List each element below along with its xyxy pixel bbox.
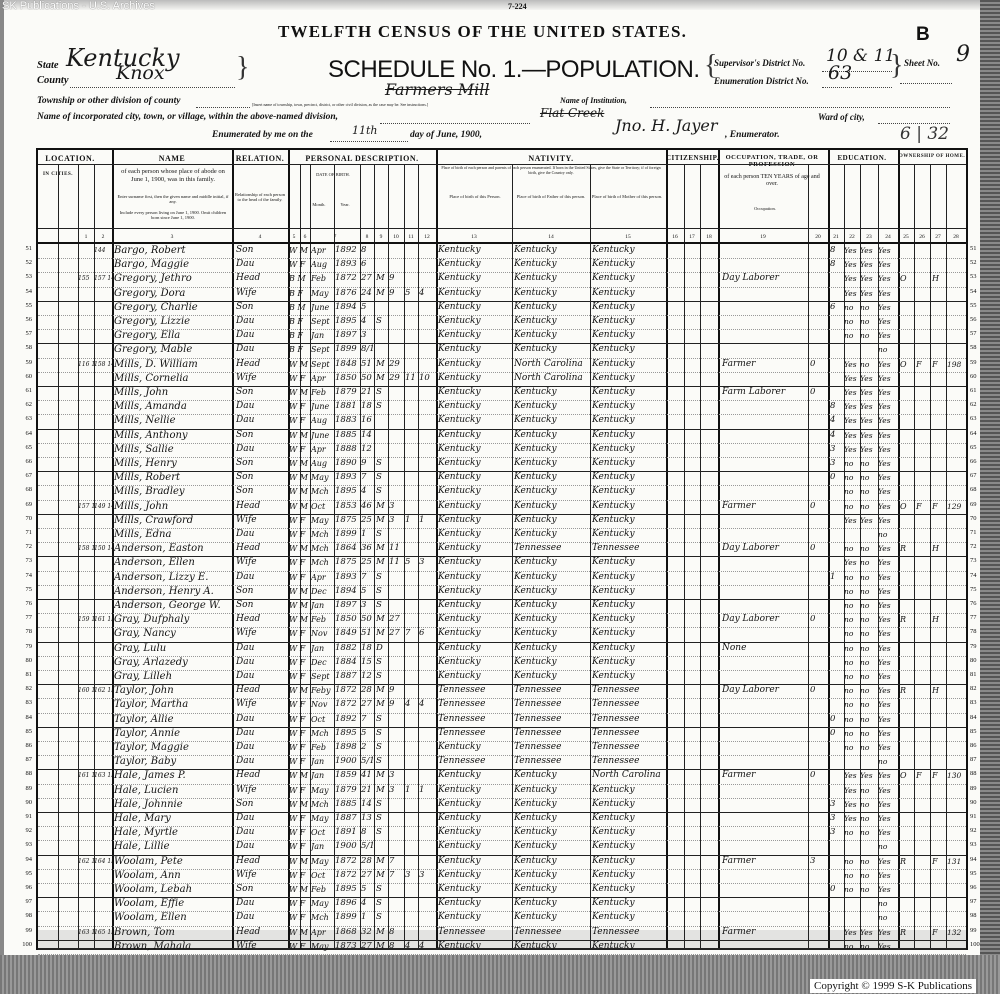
cell-marital: S: [376, 727, 388, 740]
line-number-left: 97: [18, 898, 32, 905]
cell-english: Yes: [878, 414, 898, 427]
cell-school: 3: [830, 798, 844, 811]
line-number-right: 64: [970, 430, 984, 437]
table-row: Taylor, AnnieDauW FMch18955STennesseeTen…: [38, 727, 966, 741]
cell-english: Yes: [878, 500, 898, 513]
cell-age: 5: [361, 727, 375, 740]
cell-mother: Kentucky: [592, 613, 668, 626]
cell-relation: Head: [236, 769, 288, 782]
cell-schedule: 130: [947, 769, 967, 782]
cell-year: 1850: [335, 372, 361, 385]
line-number-left: 78: [18, 628, 32, 635]
cell-living: 3: [419, 869, 435, 882]
cell-age: 27: [361, 698, 375, 711]
cell-write: no: [860, 315, 878, 328]
cell-relation: Wife: [236, 372, 288, 385]
cell-write: no: [860, 471, 878, 484]
cell-mother: Kentucky: [592, 485, 668, 498]
cell-month: Sept: [311, 343, 335, 356]
cell-english: Yes: [878, 599, 898, 612]
cell-marital: M: [376, 272, 388, 285]
cell-birth: Tennessee: [438, 926, 514, 939]
nativity-description: Place of birth of each person and parent…: [438, 166, 664, 176]
cell-relation: Dau: [236, 400, 288, 413]
cell-write: no: [860, 457, 878, 470]
cell-color-sex: W F: [289, 642, 311, 655]
cell-age: 5: [361, 883, 375, 896]
cell-marital: S: [376, 585, 388, 598]
cell-month: Mch: [311, 485, 335, 498]
cell-read: Yes: [844, 812, 860, 825]
cell-mother: Kentucky: [592, 599, 668, 612]
cell-read: no: [844, 883, 860, 896]
census-title: TWELFTH CENSUS OF THE UNITED STATES.: [278, 22, 687, 42]
cell-years-married: 11: [389, 542, 404, 555]
cell-color-sex: W M: [289, 855, 311, 868]
cell-age: 41: [361, 769, 375, 782]
line-number-left: 87: [18, 756, 32, 763]
cell-age: 28: [361, 684, 375, 697]
cell-mother-of: 4: [405, 698, 418, 711]
cell-english: Yes: [878, 585, 898, 598]
cell-father: Kentucky: [514, 769, 592, 782]
cell-month: Oct: [311, 713, 335, 726]
cell-color-sex: W F: [289, 656, 311, 669]
line-number-right: 66: [970, 458, 984, 465]
cell-father: Kentucky: [514, 343, 592, 356]
cell-relation: Wife: [236, 514, 288, 527]
cell-name: Mills, Cornelia: [114, 372, 232, 385]
cell-color-sex: W F: [289, 414, 311, 427]
enumerated-day-line: [330, 140, 408, 142]
section-ownership: OWNERSHIP OF HOME.: [898, 154, 966, 159]
cell-english: Yes: [878, 429, 898, 442]
cell-occupation: Farmer: [722, 358, 808, 371]
cell-english: Yes: [878, 713, 898, 726]
cell-month: Feb: [311, 883, 335, 896]
cell-age: 21: [361, 784, 375, 797]
cell-age: 51: [361, 627, 375, 640]
cell-color-sex: W F: [289, 400, 311, 413]
cell-birth: Kentucky: [438, 627, 514, 640]
cell-month: May: [311, 897, 335, 910]
occupation-column-label: Occupation.: [720, 206, 810, 211]
cell-color-sex: W M: [289, 926, 311, 939]
line-number-right: 89: [970, 785, 984, 792]
cell-relation: Wife: [236, 869, 288, 882]
table-row: 144Bargo, RobertSonW MApr18928KentuckyKe…: [38, 244, 966, 258]
cell-write: no: [860, 670, 878, 683]
cell-years-married: 9: [389, 684, 404, 697]
cell-english: no: [878, 911, 898, 924]
cell-marital: S: [376, 400, 388, 413]
table-row: 155157 147Gregory, JethroHeadB MFeb18722…: [38, 272, 966, 286]
cell-year: 1873: [335, 940, 361, 953]
census-page: SK Publications - U.S. Archives 7-224 TW…: [0, 0, 1000, 994]
cell-month: May: [311, 855, 335, 868]
cell-english: Yes: [878, 315, 898, 328]
line-number-left: 55: [18, 302, 32, 309]
cell-years-married: 29: [389, 372, 404, 385]
cell-write: no: [860, 826, 878, 839]
cell-mother: Kentucky: [592, 911, 668, 924]
cell-relation: Wife: [236, 287, 288, 300]
cell-name: Mills, Robert: [114, 471, 232, 484]
cell-marital: S: [376, 826, 388, 839]
cell-read: Yes: [844, 244, 860, 257]
cell-marital: M: [376, 542, 388, 555]
cell-age: 14: [361, 429, 375, 442]
cell-birth: Kentucky: [438, 500, 514, 513]
cell-farm: F: [932, 500, 946, 513]
line-number-right: 87: [970, 756, 984, 763]
cell-age: 25: [361, 514, 375, 527]
cell-year: 1885: [335, 429, 361, 442]
cell-father: Kentucky: [514, 556, 592, 569]
table-row: Woolam, AnnWifeW FOct187227M733KentuckyK…: [38, 869, 966, 883]
line-number-right: 63: [970, 415, 984, 422]
cell-write: no: [860, 556, 878, 569]
cell-month: May: [311, 784, 335, 797]
enumerated-prefix: Enumerated by me on the: [212, 130, 313, 140]
cell-mother: Tennessee: [592, 755, 668, 768]
cell-birth: Kentucky: [438, 386, 514, 399]
cell-year: 1872: [335, 684, 361, 697]
line-number-left: 63: [18, 415, 32, 422]
cell-color-sex: W M: [289, 386, 311, 399]
cell-birth: Tennessee: [438, 713, 514, 726]
cell-living: 4: [419, 698, 435, 711]
cell-father: Tennessee: [514, 741, 592, 754]
sheet-line: [900, 82, 952, 84]
cell-month: Aug: [311, 258, 335, 271]
cell-relation: Head: [236, 855, 288, 868]
line-number-left: 61: [18, 387, 32, 394]
line-number-left: 72: [18, 543, 32, 550]
cell-birth: Kentucky: [438, 528, 514, 541]
cell-months-unemployed: 0: [810, 542, 828, 555]
cell-read: no: [844, 542, 860, 555]
line-number-left: 98: [18, 912, 32, 919]
cell-read: no: [844, 741, 860, 754]
cell-write: Yes: [860, 514, 878, 527]
table-row: Woolam, EffieDauW FMay18964SKentuckyKent…: [38, 897, 966, 911]
cell-years-married: 3: [389, 784, 404, 797]
cell-months-unemployed: 0: [810, 386, 828, 399]
cell-write: no: [860, 542, 878, 555]
cell-relation: Dau: [236, 315, 288, 328]
cell-birth: Kentucky: [438, 869, 514, 882]
cell-living: 1: [419, 784, 435, 797]
line-number-left: 75: [18, 586, 32, 593]
cell-schedule: 132: [947, 926, 967, 939]
cell-write: no: [860, 642, 878, 655]
cell-father: Kentucky: [514, 457, 592, 470]
cell-birth: Kentucky: [438, 414, 514, 427]
cell-mother-of: 5: [405, 287, 418, 300]
line-number-left: 64: [18, 430, 32, 437]
cell-year: 1849: [335, 627, 361, 640]
cell-occupation: Day Laborer: [722, 272, 808, 285]
date-of-birth-label: DATE OF BIRTH.: [308, 172, 358, 177]
county-line: [70, 86, 235, 88]
cell-age: 16: [361, 414, 375, 427]
cell-read: Yes: [844, 429, 860, 442]
cell-year: 1895: [335, 485, 361, 498]
cell-year: 1893: [335, 258, 361, 271]
cell-family: 162 151: [94, 684, 112, 697]
cell-english: Yes: [878, 386, 898, 399]
cell-color-sex: B F: [289, 315, 311, 328]
table-row: Gregory, MableDauB FSept18998/12Kentucky…: [38, 343, 966, 357]
cell-relation: Son: [236, 798, 288, 811]
cell-years-married: 27: [389, 613, 404, 626]
cell-mother-of: 5: [405, 556, 418, 569]
cell-father: Tennessee: [514, 926, 592, 939]
cell-name: Brown, Mahala: [114, 940, 232, 953]
cell-marital: S: [376, 911, 388, 924]
cell-write: no: [860, 684, 878, 697]
cell-month: Sept: [311, 670, 335, 683]
cell-name: Mills, Nellie: [114, 414, 232, 427]
cell-schedule: 131: [947, 855, 967, 868]
line-number-left: 88: [18, 770, 32, 777]
cell-birth: Kentucky: [438, 769, 514, 782]
cell-age: 36: [361, 542, 375, 555]
table-row: Mills, CrawfordWifeW FMay187525M311Kentu…: [38, 514, 966, 528]
cell-relation: Wife: [236, 940, 288, 953]
cell-age: 28: [361, 855, 375, 868]
line-number-left: 66: [18, 458, 32, 465]
cell-color-sex: W F: [289, 784, 311, 797]
cell-birth: Kentucky: [438, 556, 514, 569]
cell-mother: Kentucky: [592, 329, 668, 342]
cell-year: 1887: [335, 670, 361, 683]
cell-year: 1893: [335, 571, 361, 584]
enumeration-label: Enumeration District No.: [714, 76, 809, 86]
cell-father: North Carolina: [514, 358, 592, 371]
birth-mother-label: Place of birth of Mother of this person.: [590, 194, 664, 199]
cell-relation: Son: [236, 599, 288, 612]
cell-month: Apr: [311, 372, 335, 385]
table-row: Hale, MaryDauW FMay188713SKentuckyKentuc…: [38, 812, 966, 826]
cell-write: Yes: [860, 443, 878, 456]
cell-year: 1893: [335, 471, 361, 484]
cell-year: 1897: [335, 599, 361, 612]
cell-name: Anderson, Easton: [114, 542, 232, 555]
cell-year: 1872: [335, 272, 361, 285]
cell-name: Gregory, Dora: [114, 287, 232, 300]
cell-marital: S: [376, 457, 388, 470]
section-citizenship: CITIZENSHIP.: [666, 154, 718, 162]
cell-write: Yes: [860, 414, 878, 427]
township-label: Township or other division of county: [37, 96, 181, 106]
line-number-right: 74: [970, 572, 984, 579]
cell-read: no: [844, 599, 860, 612]
cell-read: no: [844, 613, 860, 626]
cell-school: 0: [830, 883, 844, 896]
table-row: Anderson, EllenWifeW FMch187525M1153Kent…: [38, 556, 966, 570]
column-number: 11: [404, 234, 418, 240]
cell-english: Yes: [878, 258, 898, 271]
cell-mother: Kentucky: [592, 400, 668, 413]
cell-color-sex: W F: [289, 670, 311, 683]
cell-father: Kentucky: [514, 911, 592, 924]
cell-marital: S: [376, 713, 388, 726]
line-number-right: 71: [970, 529, 984, 536]
cell-name: Mills, Crawford: [114, 514, 232, 527]
cell-family: 161 150: [94, 613, 112, 626]
table-row: Mills, RobertSonW MMay18937SKentuckyKent…: [38, 471, 966, 485]
brace-left: }: [236, 52, 249, 84]
column-number: 2: [94, 234, 112, 240]
line-number-right: 82: [970, 685, 984, 692]
table-row: Hale, MyrtleDauW FOct18918SKentuckyKentu…: [38, 826, 966, 840]
city-label: Name of incorporated city, town, or vill…: [37, 112, 338, 122]
line-number-right: 59: [970, 359, 984, 366]
cell-english: Yes: [878, 358, 898, 371]
cell-color-sex: B F: [289, 287, 311, 300]
cell-school: 0: [830, 471, 844, 484]
cell-birth: Kentucky: [438, 826, 514, 839]
table-row: Hale, LillieDauW FJan19005/12KentuckyKen…: [38, 840, 966, 854]
cell-relation: Head: [236, 500, 288, 513]
cell-marital: S: [376, 741, 388, 754]
cell-english: Yes: [878, 272, 898, 285]
cell-year: 1864: [335, 542, 361, 555]
cell-living: 10: [419, 372, 435, 385]
cell-relation: Son: [236, 301, 288, 314]
cell-age: 7: [361, 471, 375, 484]
cell-dwelling: 158 147: [78, 542, 94, 555]
cell-marital: S: [376, 883, 388, 896]
cell-color-sex: B F: [289, 329, 311, 342]
cell-write: no: [860, 500, 878, 513]
cell-age: 32: [361, 926, 375, 939]
cell-dwelling: 116 145: [78, 358, 94, 371]
cell-school: 0: [830, 727, 844, 740]
cell-year: 1850: [335, 613, 361, 626]
column-number: 4: [232, 234, 288, 240]
cell-marital: M: [376, 287, 388, 300]
cell-dwelling: 155: [78, 272, 94, 285]
table-row: Anderson, Henry A.SonW MDec18945SKentuck…: [38, 585, 966, 599]
cell-farm: H: [932, 272, 946, 285]
cell-father: Kentucky: [514, 414, 592, 427]
cell-marital: S: [376, 897, 388, 910]
cell-mother: Kentucky: [592, 372, 668, 385]
cell-read: no: [844, 627, 860, 640]
cell-name: Anderson, George W.: [114, 599, 232, 612]
cell-family: 163 152: [94, 769, 112, 782]
table-row: Anderson, Lizzy E.DauW FApr18937SKentuck…: [38, 571, 966, 585]
cell-dwelling: 157 146: [78, 500, 94, 513]
cell-father: Kentucky: [514, 855, 592, 868]
cell-english: no: [878, 897, 898, 910]
cell-write: no: [860, 485, 878, 498]
cell-color-sex: W M: [289, 457, 311, 470]
cell-read: no: [844, 457, 860, 470]
line-number-right: 61: [970, 387, 984, 394]
cell-school: 3: [830, 826, 844, 839]
cell-english: Yes: [878, 443, 898, 456]
table-row: Gregory, DoraWifeB FMay187624M954Kentuck…: [38, 287, 966, 301]
cell-month: Apr: [311, 926, 335, 939]
enumerator-name: Jno. H. Jayer: [615, 116, 717, 135]
cell-marital: M: [376, 613, 388, 626]
table-row: Mills, EdnaDauW FMch18991SKentuckyKentuc…: [38, 528, 966, 542]
line-number-right: 73: [970, 557, 984, 564]
cell-birth: Tennessee: [438, 755, 514, 768]
cell-name: Gregory, Jethro: [114, 272, 232, 285]
cell-relation: Dau: [236, 414, 288, 427]
cell-relation: Son: [236, 883, 288, 896]
cell-marital: M: [376, 627, 388, 640]
cell-read: Yes: [844, 287, 860, 300]
cell-read: no: [844, 670, 860, 683]
cell-month: May: [311, 812, 335, 825]
cell-write: no: [860, 656, 878, 669]
cell-father: Kentucky: [514, 670, 592, 683]
cell-color-sex: W M: [289, 798, 311, 811]
line-number-right: 91: [970, 813, 984, 820]
cell-birth: Kentucky: [438, 571, 514, 584]
cell-relation: Head: [236, 926, 288, 939]
table-row: Taylor, MaggieDauW FFeb18982SKentuckyTen…: [38, 741, 966, 755]
cell-birth: Kentucky: [438, 514, 514, 527]
cell-month: Jan: [311, 599, 335, 612]
cell-month: Jan: [311, 840, 335, 853]
line-number-left: 58: [18, 344, 32, 351]
cell-name: Gregory, Charlie: [114, 301, 232, 314]
line-number-left: 80: [18, 657, 32, 664]
cell-relation: Head: [236, 684, 288, 697]
form-number: 7-224: [508, 2, 527, 11]
cell-write: Yes: [860, 287, 878, 300]
line-number-left: 93: [18, 841, 32, 848]
cell-write: no: [860, 940, 878, 953]
cell-name: Mills, Amanda: [114, 400, 232, 413]
cell-color-sex: W F: [289, 940, 311, 953]
schedule-title: SCHEDULE No. 1.—POPULATION.: [328, 56, 699, 84]
cell-marital: M: [376, 358, 388, 371]
cell-read: Yes: [844, 386, 860, 399]
cell-mother: Kentucky: [592, 301, 668, 314]
cell-name: Taylor, Baby: [114, 755, 232, 768]
cell-month: June: [311, 429, 335, 442]
cell-free: F: [916, 769, 930, 782]
cell-family: 165 154: [94, 926, 112, 939]
cell-father: Kentucky: [514, 897, 592, 910]
cell-living: 4: [419, 940, 435, 953]
cell-read: no: [844, 329, 860, 342]
cell-year: 1853: [335, 500, 361, 513]
cell-months-unemployed: 0: [810, 769, 828, 782]
cell-english: Yes: [878, 798, 898, 811]
cell-year: 1876: [335, 287, 361, 300]
cell-month: Apr: [311, 571, 335, 584]
cell-birth: Kentucky: [438, 656, 514, 669]
cell-birth: Kentucky: [438, 670, 514, 683]
line-number-right: 72: [970, 543, 984, 550]
cell-year: 1887: [335, 812, 361, 825]
cell-relation: Head: [236, 358, 288, 371]
line-number-left: 54: [18, 288, 32, 295]
cell-farm: F: [932, 926, 946, 939]
cell-color-sex: W M: [289, 684, 311, 697]
cell-english: Yes: [878, 372, 898, 385]
cell-color-sex: W M: [289, 429, 311, 442]
